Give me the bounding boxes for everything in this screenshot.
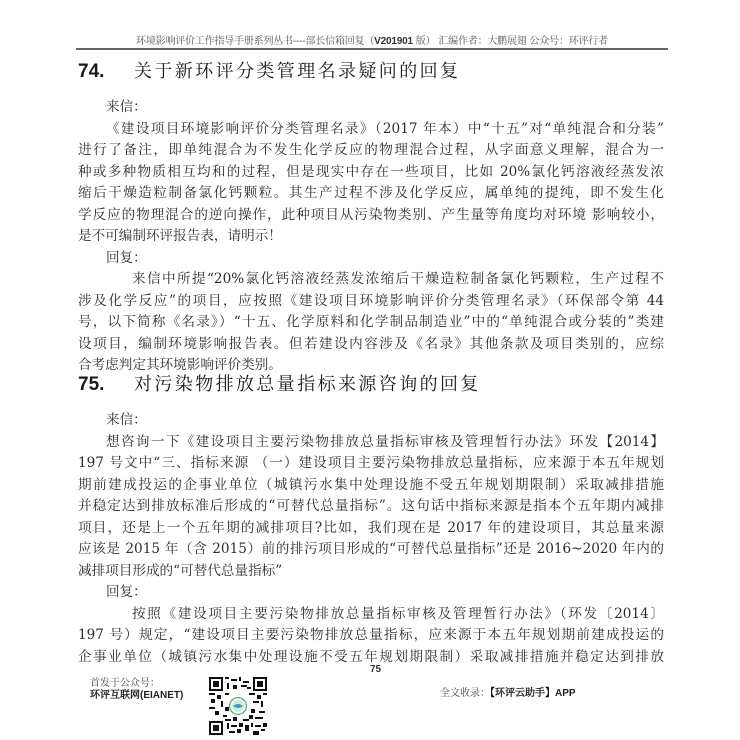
letter-line: 想咨询一下《建设项目主要污染物排放总量指标审核及管理暂行办法》环发【2014】: [78, 432, 664, 454]
reply-line: 按照《建设项目主要污染物排放总量指标审核及管理暂行办法》（环发〔2014〕: [78, 604, 664, 626]
letter-line: 是不可编制环评报告表，请明示！: [78, 226, 664, 248]
app-name-cn: 【环评云助手】: [490, 688, 555, 699]
qr-code-icon: [209, 677, 267, 735]
reply-line: 197 号）规定，“建设项目主要污染物排放总量指标，应来源于本五年规划期前建成投…: [78, 625, 664, 647]
reply-line: 号，以下简称《名录》）“十五、化学原料和化学制品制造业”中的“单纯混合或分装的”…: [78, 312, 664, 334]
section-heading-74: 74.关于新环评分类管理名录疑问的回复: [78, 59, 460, 85]
letter-line: 学反应的物理混合的逆向操作，此种项目从污染物类别、产生量等角度均对环境 影响较小…: [78, 205, 664, 227]
brand-name-en: (EIANET): [140, 690, 183, 701]
letter-line: 期前建成投运的企事业单位（城镇污水集中处理设施不受五年规划期限制）采取减排措施: [78, 475, 664, 497]
footer-publisher: 首发于公众号： 环评互联网(EIANET): [90, 678, 183, 702]
reply-label: 回复：: [78, 248, 664, 270]
letter-line: 并稳定达到排放标准后形成的“可替代总量指标”。这句话中指标来源是指本个五年期内减…: [78, 496, 664, 518]
section-title: 对污染物排放总量指标来源咨询的回复: [134, 374, 481, 395]
app-name: 【环评云助手】APP: [490, 688, 576, 699]
letter-line: 进行了备注，即单纯混合为不发生化学反应的物理混合过程，从字面意义理解，混合为一: [78, 140, 664, 162]
letter-line: 《建设项目环境影响评价分类管理名录》（2017 年本）中“十五”对“单纯混合和分…: [78, 119, 664, 141]
letter-line: 197 号文中“三、指标来源 （一）建设项目主要污染物排放总量指标，应来源于本五…: [78, 453, 664, 475]
running-header: 环境影响评价工作指导手册系列丛书----部长信箱回复（V201901 版） 汇编…: [76, 35, 668, 48]
qr-code-graphic: [209, 677, 267, 735]
header-divider: [76, 48, 668, 50]
letter-line: 缩后干燥造粒制备氯化钙颗粒。其生产过程不涉及化学反应，属单纯的提纯，即不发生化: [78, 183, 664, 205]
letter-line: 项目，还是上一个五年期的减排项目?比如，我们现在是 2017 年的建设项目，其总…: [78, 518, 664, 540]
first-published-label: 首发于公众号：: [90, 678, 183, 690]
reply-line: 设项目，编制环境影响报告表。但若建设内容涉及《名录》其他条款及项目类别的，应综: [78, 334, 664, 356]
letter-line: 减排项目形成的“可替代总量指标”: [78, 561, 664, 583]
section-75-body: 来信： 想咨询一下《建设项目主要污染物排放总量指标审核及管理暂行办法》环发【20…: [78, 410, 664, 668]
app-name-en: APP: [555, 688, 576, 699]
running-header-version: V201901: [374, 36, 413, 47]
page-number: 75: [370, 664, 381, 675]
section-heading-75: 75.对污染物排放总量指标来源咨询的回复: [78, 372, 481, 398]
document-page: 环境影响评价工作指导手册系列丛书----部长信箱回复（V201901 版） 汇编…: [0, 0, 740, 740]
letter-line: 应该是 2015 年（含 2015）前的排污项目形成的“可替代总量指标”还是 2…: [78, 539, 664, 561]
footer-collection: 全文收录：【环评云助手】APP: [440, 684, 576, 699]
section-number: 74.: [78, 59, 134, 85]
section-title: 关于新环评分类管理名录疑问的回复: [134, 61, 460, 82]
letter-label: 来信：: [78, 410, 664, 432]
reply-line: 涉及化学反应”的项目，应按照《建设项目环境影响评价分类管理名录》（环保部令第 4…: [78, 291, 664, 313]
brand-name: 环评互联网(EIANET): [90, 690, 183, 702]
section-74-body: 来信： 《建设项目环境影响评价分类管理名录》（2017 年本）中“十五”对“单纯…: [78, 97, 664, 377]
letter-line: 种或多种物质相互均和的过程，但是现实中存在一些项目，比如 20%氯化钙溶液经蒸发…: [78, 162, 664, 184]
collected-label: 全文收录：: [440, 688, 490, 699]
section-number: 75.: [78, 372, 134, 398]
reply-line: 来信中所提“20%氯化钙溶液经蒸发浓缩后干燥造粒制备氯化钙颗粒，生产过程不: [78, 269, 664, 291]
reply-label: 回复：: [78, 582, 664, 604]
letter-label: 来信：: [78, 97, 664, 119]
running-header-prefix: 环境影响评价工作指导手册系列丛书----部长信箱回复（: [136, 36, 374, 47]
brand-name-cn: 环评互联网: [90, 690, 140, 701]
running-header-suffix: 版） 汇编作者：大鹏展翅 公众号：环评行者: [413, 36, 608, 47]
